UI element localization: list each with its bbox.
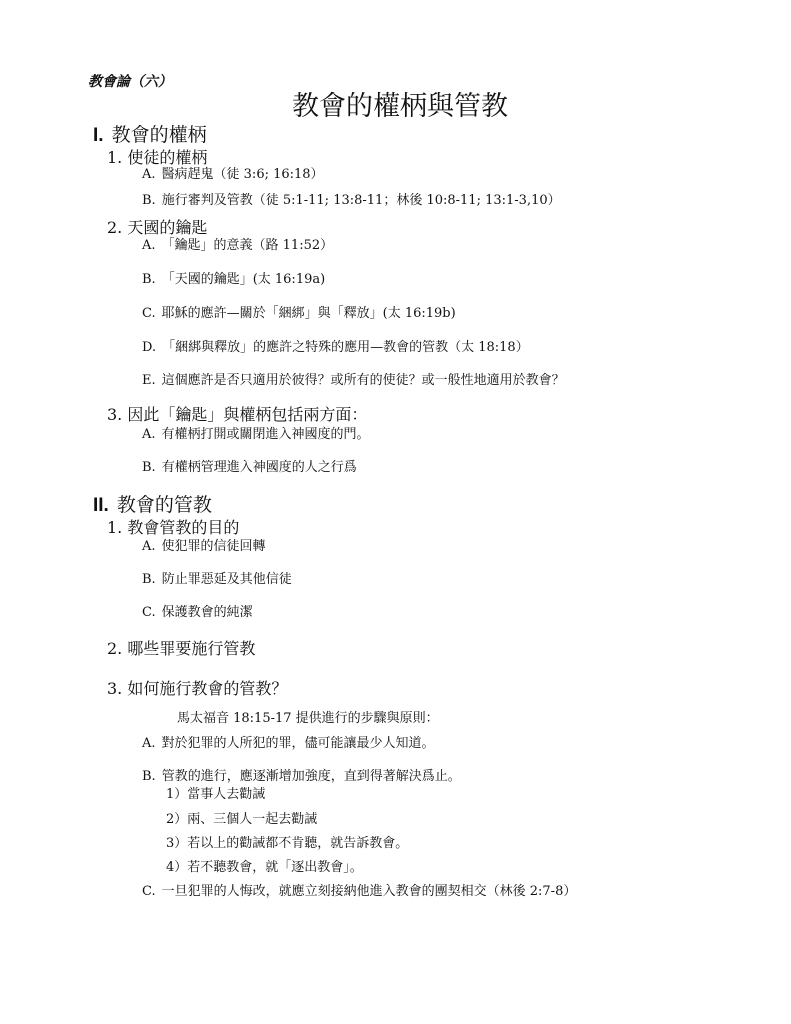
subsection-heading: 3. 因此「鑰匙」與權柄包括兩方面： [107,407,367,423]
item-text: 醫病趕鬼（徒 3:6; 16:18） [162,167,324,182]
item-text: 防止罪惡延及其他信徒 [162,572,292,587]
item-text: 管教的進行，應逐漸增加強度，直到得著解決爲止。 [162,769,461,784]
item-label: C. [142,606,156,619]
item-label: A. [142,737,156,750]
item-text: 一旦犯罪的人悔改，就應立刻接納他進入教會的團契相交（林後 2:7-8） [162,884,577,899]
item-label: C. [142,885,156,898]
subsection-heading: 2. 哪些罪要施行管教 [107,641,255,657]
step-item: 1）當事人去勸誡 [166,788,265,801]
subsection-heading: 2. 天國的鑰匙 [107,220,207,236]
step-item: 3）若以上的勸誡都不肯聽，就告訴教會。 [166,837,408,850]
item-label: B. [142,273,156,286]
list-item: A.使犯罪的信徒回轉 [142,540,266,553]
item-label: A. [142,168,156,181]
section-title: 教會的管教 [117,494,212,516]
item-label: A. [142,428,156,441]
page-title: 教會的權柄與管教 [292,93,508,120]
section-heading-1: I.教會的權柄 [93,126,207,145]
item-label: D. [142,341,156,354]
list-item: A.「鑰匙」的意義（路 11:52） [142,239,333,252]
list-item: C.耶穌的應許—關於「綑綁」與「釋放」(太 16:19b) [142,307,456,320]
item-label: E. [142,374,156,387]
list-item: A.對於犯罪的人所犯的罪，儘可能讓最少人知道。 [142,737,435,750]
list-item: A.有權柄打開或關閉進入神國度的門。 [142,428,370,441]
scripture-note: 馬太福音 18:15-17 提供進行的步驟與原則： [177,712,439,725]
item-text: 「綑綁與釋放」的應許之特殊的應用—教會的管教（太 18:18） [162,340,529,355]
section-number: I. [93,125,104,146]
list-item: D.「綑綁與釋放」的應許之特殊的應用—教會的管教（太 18:18） [142,341,529,354]
list-item: B.防止罪惡延及其他信徒 [142,573,292,586]
subsection-heading: 1. 教會管教的目的 [107,520,239,536]
step-item: 4）若不聽教會，就「逐出教會」。 [166,861,363,874]
list-item: B.「天國的鑰匙」(太 16:19a) [142,273,325,286]
item-label: C. [142,307,156,320]
item-label: B. [142,194,156,207]
list-item: C.保護教會的純潔 [142,606,253,619]
item-label: B. [142,770,156,783]
list-item: B.施行審判及管教（徒 5:1-11; 13:8-11；林後 10:8-11; … [142,194,561,207]
step-item: 2）兩、三個人一起去勸誡 [166,813,317,826]
item-label: B. [142,461,156,474]
section-number: II. [93,495,109,516]
list-item: E.這個應許是否只適用於彼得？或所有的使徒？或一般性地適用於教會？ [142,374,565,387]
item-text: 「天國的鑰匙」(太 16:19a) [162,272,326,287]
item-label: B. [142,573,156,586]
list-item: A.醫病趕鬼（徒 3:6; 16:18） [142,168,324,181]
item-text: 使犯罪的信徒回轉 [162,539,266,554]
item-text: 這個應許是否只適用於彼得？或所有的使徒？或一般性地適用於教會？ [162,373,565,388]
item-text: 有權柄管理進入神國度的人之行爲 [162,460,357,475]
list-item: C.一旦犯罪的人悔改，就應立刻接納他進入教會的團契相交（林後 2:7-8） [142,885,576,898]
series-label: 教會論（六） [88,75,172,89]
item-label: A. [142,540,156,553]
item-text: 對於犯罪的人所犯的罪，儘可能讓最少人知道。 [162,736,435,751]
item-text: 耶穌的應許—關於「綑綁」與「釋放」(太 16:19b) [162,306,456,321]
item-label: A. [142,239,156,252]
item-text: 施行審判及管教（徒 5:1-11; 13:8-11；林後 10:8-11; 13… [162,193,561,208]
item-text: 保護教會的純潔 [162,605,253,620]
list-item: B.管教的進行，應逐漸增加強度，直到得著解決爲止。 [142,770,461,783]
section-heading-2: II.教會的管教 [93,496,212,515]
item-text: 「鑰匙」的意義（路 11:52） [162,238,334,253]
list-item: B.有權柄管理進入神國度的人之行爲 [142,461,357,474]
item-text: 有權柄打開或關閉進入神國度的門。 [162,427,370,442]
subsection-heading: 1. 使徒的權柄 [107,150,207,166]
section-title: 教會的權柄 [112,124,207,146]
subsection-heading: 3. 如何施行教會的管教？ [107,681,287,697]
